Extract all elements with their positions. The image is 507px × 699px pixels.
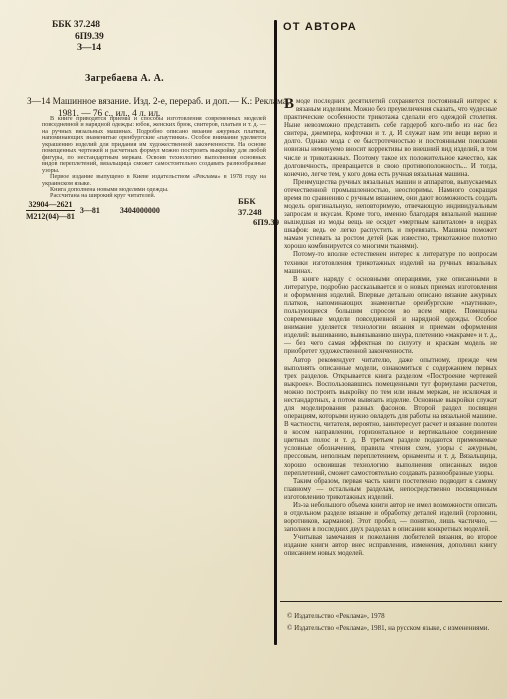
section-title-from-author: ОТ АВТОРА (283, 21, 357, 33)
catalog-order-number: 3404000000 (120, 206, 160, 215)
catalog-fraction: 32904—2621 М212(04)—81 (26, 200, 75, 221)
paragraph-text: моде последних десятилетий сохраняется п… (284, 98, 497, 178)
bbk-line-1: ББК 37.248 (52, 20, 104, 32)
preface-body-text: Вмоде последних десятилетий сохраняется … (284, 98, 497, 558)
bbk-line-3: З—14 (77, 43, 104, 55)
scanned-book-page: ББК 37.248 6П9.39 З—14 Загребаева А. А. … (0, 0, 507, 699)
page-divider-rule (274, 20, 277, 645)
catalog-suffix: 3—81 (80, 206, 100, 215)
catalog-denominator: М212(04)—81 (26, 211, 75, 221)
author-name: Загребаева А. А. (85, 73, 164, 84)
paragraph: Из-за небольшого объема книги автор не и… (284, 502, 497, 534)
catalog-codes-block: 32904—2621 М212(04)—81 3—81 3404000000 Б… (26, 200, 270, 234)
copyright-line: © Издательство «Реклама», 1981, на русск… (287, 624, 498, 634)
bbk-bottom-line-1: ББК 37.248 (238, 196, 262, 217)
annotation-paragraph: Рассчитана на широкий круг читателей. (42, 193, 266, 199)
copyright-line: © Издательство «Реклама», 1978 (287, 612, 498, 622)
drop-cap: В (284, 98, 294, 111)
annotation-paragraph: В книге приводятся приемы и способы изго… (42, 116, 266, 174)
copyright-separator-rule (280, 601, 502, 602)
paragraph: Учитывая замечания и пожелания любителей… (284, 534, 497, 558)
paragraph: Вмоде последних десятилетий сохраняется … (284, 98, 497, 179)
paragraph: Таким образом, первая часть книги постеп… (284, 478, 497, 502)
annotation-block: В книге приводятся приемы и способы изго… (42, 116, 266, 200)
bbk-line-2: 6П9.39 (75, 32, 104, 44)
catalog-numerator: 32904—2621 (26, 200, 75, 211)
paragraph: В книге наряду с основными операциями, у… (284, 276, 497, 357)
copyright-block: © Издательство «Реклама», 1978 © Издател… (287, 612, 498, 635)
paragraph: Автор рекомендует читателю, даже опытном… (284, 357, 497, 478)
entry-author-mark: З—14 (27, 97, 50, 107)
paragraph: Преимущества ручных вязальных машин и ап… (284, 179, 497, 252)
bbk-bottom-block: ББК 37.248 6П9.39 (238, 196, 279, 228)
paragraph: Потому-то вполне естественен интерес к л… (284, 251, 497, 275)
bbk-classification-block: ББК 37.248 6П9.39 З—14 (52, 20, 104, 55)
